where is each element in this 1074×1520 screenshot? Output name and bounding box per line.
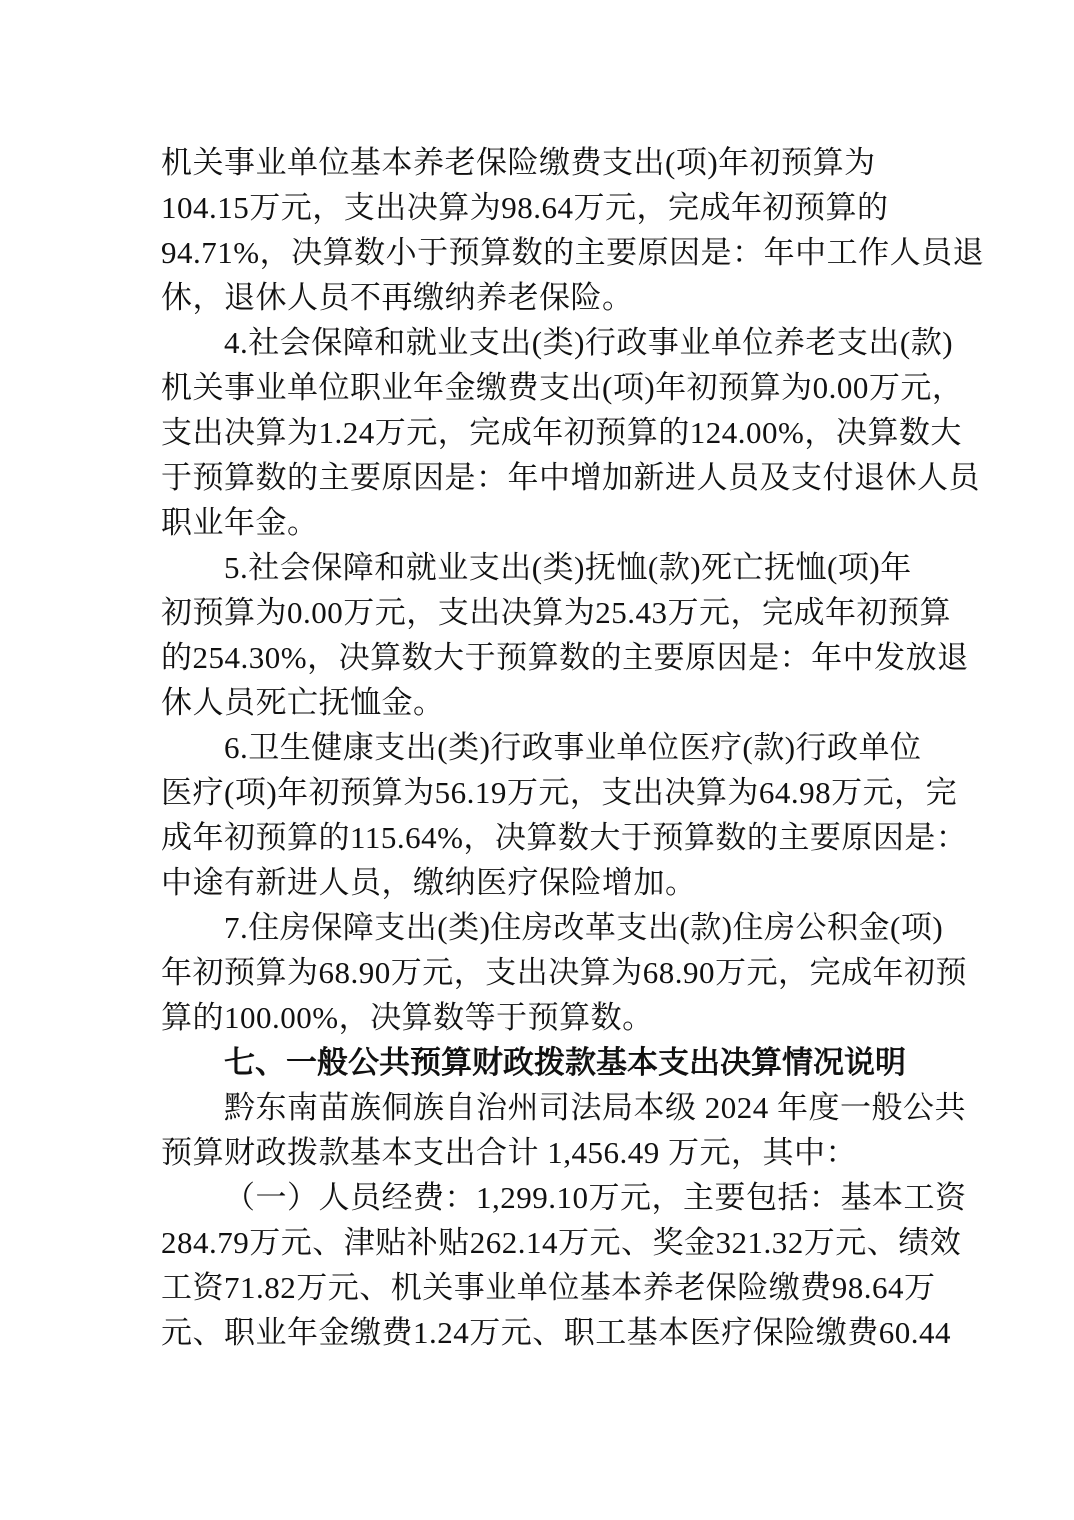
- paragraph: 机关事业单位基本养老保险缴费支出(项)年初预算为104.15万元，支出决算为98…: [161, 140, 936, 320]
- text-line: 医疗(项)年初预算为56.19万元，支出决算为64.98万元，完: [161, 770, 936, 815]
- text-line: 104.15万元，支出决算为98.64万元，完成年初预算的: [161, 185, 936, 230]
- heading-line: 七、一般公共预算财政拨款基本支出决算情况说明: [161, 1040, 936, 1085]
- paragraph: （一）人员经费：1,299.10万元，主要包括：基本工资284.79万元、津贴补…: [161, 1175, 936, 1355]
- document-page: 机关事业单位基本养老保险缴费支出(项)年初预算为104.15万元，支出决算为98…: [0, 0, 1074, 1520]
- text-line: （一）人员经费：1,299.10万元，主要包括：基本工资: [161, 1175, 936, 1220]
- text-line: 4.社会保障和就业支出(类)行政事业单位养老支出(款): [161, 320, 936, 365]
- text-line: 于预算数的主要原因是：年中增加新进人员及支付退休人员: [161, 455, 936, 500]
- text-line: 284.79万元、津贴补贴262.14万元、奖金321.32万元、绩效: [161, 1220, 936, 1265]
- text-line: 机关事业单位职业年金缴费支出(项)年初预算为0.00万元，: [161, 365, 936, 410]
- paragraph: 6.卫生健康支出(类)行政事业单位医疗(款)行政单位医疗(项)年初预算为56.1…: [161, 725, 936, 905]
- text-line: 94.71%，决算数小于预算数的主要原因是：年中工作人员退: [161, 230, 936, 275]
- text-line: 的254.30%，决算数大于预算数的主要原因是：年中发放退: [161, 635, 936, 680]
- text-line: 休，退休人员不再缴纳养老保险。: [161, 275, 936, 320]
- paragraph: 7.住房保障支出(类)住房改革支出(款)住房公积金(项)年初预算为68.90万元…: [161, 905, 936, 1040]
- paragraph: 4.社会保障和就业支出(类)行政事业单位养老支出(款)机关事业单位职业年金缴费支…: [161, 320, 936, 545]
- text-line: 支出决算为1.24万元，完成年初预算的124.00%，决算数大: [161, 410, 936, 455]
- text-line: 7.住房保障支出(类)住房改革支出(款)住房公积金(项): [161, 905, 936, 950]
- text-line: 6.卫生健康支出(类)行政事业单位医疗(款)行政单位: [161, 725, 936, 770]
- text-line: 算的100.00%，决算数等于预算数。: [161, 995, 936, 1040]
- text-line: 5.社会保障和就业支出(类)抚恤(款)死亡抚恤(项)年: [161, 545, 936, 590]
- text-line: 职业年金。: [161, 500, 936, 545]
- paragraph: 5.社会保障和就业支出(类)抚恤(款)死亡抚恤(项)年初预算为0.00万元，支出…: [161, 545, 936, 725]
- text-line: 黔东南苗族侗族自治州司法局本级 2024 年度一般公共: [161, 1085, 936, 1130]
- text-line: 中途有新进人员，缴纳医疗保险增加。: [161, 860, 936, 905]
- text-line: 成年初预算的115.64%，决算数大于预算数的主要原因是：: [161, 815, 936, 860]
- text-line: 年初预算为68.90万元，支出决算为68.90万元，完成年初预: [161, 950, 936, 995]
- section-heading: 七、一般公共预算财政拨款基本支出决算情况说明: [161, 1040, 936, 1085]
- text-line: 机关事业单位基本养老保险缴费支出(项)年初预算为: [161, 140, 936, 185]
- text-line: 休人员死亡抚恤金。: [161, 680, 936, 725]
- document-content: 机关事业单位基本养老保险缴费支出(项)年初预算为104.15万元，支出决算为98…: [161, 140, 936, 1355]
- text-line: 工资71.82万元、机关事业单位基本养老保险缴费98.64万: [161, 1265, 936, 1310]
- text-line: 元、职业年金缴费1.24万元、职工基本医疗保险缴费60.44: [161, 1310, 936, 1355]
- paragraph: 黔东南苗族侗族自治州司法局本级 2024 年度一般公共预算财政拨款基本支出合计 …: [161, 1085, 936, 1175]
- text-line: 预算财政拨款基本支出合计 1,456.49 万元，其中：: [161, 1130, 936, 1175]
- text-line: 初预算为0.00万元，支出决算为25.43万元，完成年初预算: [161, 590, 936, 635]
